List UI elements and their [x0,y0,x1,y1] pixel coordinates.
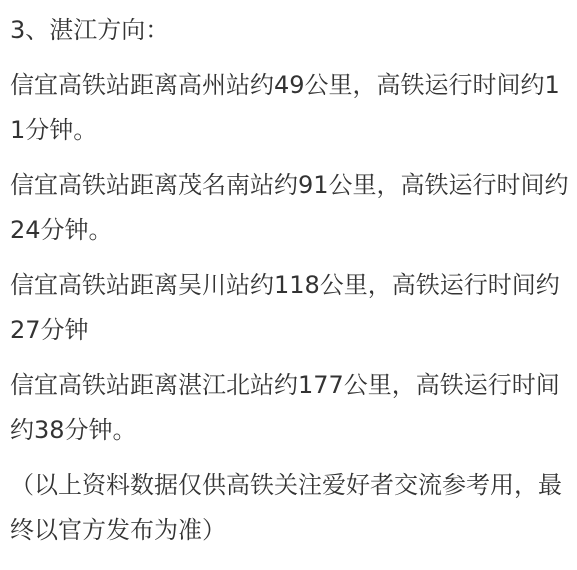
section-heading: 3、湛江方向： [10,8,570,53]
article-body: 3、湛江方向： 信宜高铁站距离高州站约49公里，高铁运行时间约11分钟。 信宜高… [10,8,570,563]
paragraph-zhanjiang-north: 信宜高铁站距离湛江北站约177公里，高铁运行时间约38分钟。 [10,363,570,453]
paragraph-maoming-south: 信宜高铁站距离茂名南站约91公里，高铁运行时间约24分钟。 [10,163,570,253]
disclaimer-note: （以上资料数据仅供高铁关注爱好者交流参考用，最终以官方发布为准） [10,463,570,553]
paragraph-wuchuan: 信宜高铁站距离吴川站约118公里，高铁运行时间约27分钟 [10,263,570,353]
paragraph-gaozhou: 信宜高铁站距离高州站约49公里，高铁运行时间约11分钟。 [10,63,570,153]
